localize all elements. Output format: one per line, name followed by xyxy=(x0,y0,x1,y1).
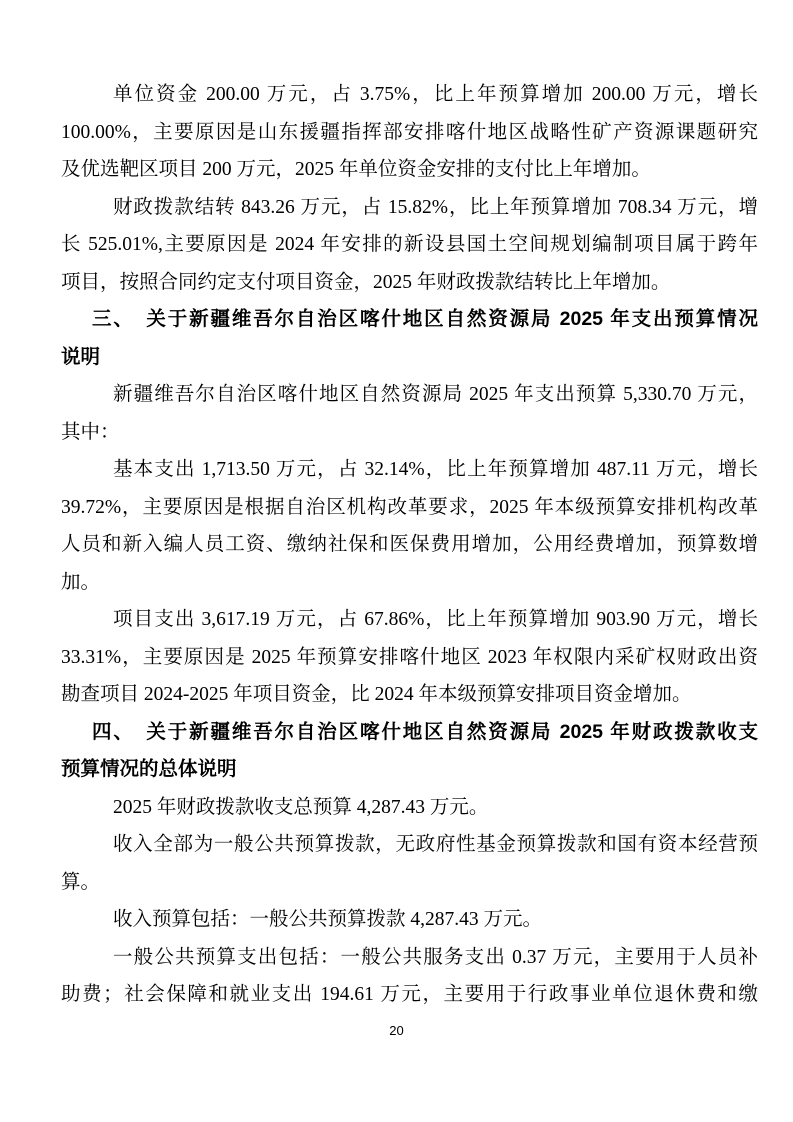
text-line: 及优选靶区项目 200 万元，2025 年单位资金安排的支付比上年增加。 xyxy=(61,151,758,189)
text-line: 助费；社会保障和就业支出 194.61 万元，主要用于行政事业单位退休费和缴 xyxy=(61,976,758,1014)
text-line: 100.00%，主要原因是山东援疆指挥部安排喀什地区战略性矿产资源课题研究 xyxy=(61,114,758,152)
text-line: 勘查项目 2024-2025 年项目资金，比 2024 年本级预算安排项目资金增… xyxy=(61,676,758,714)
text-line: 说明 xyxy=(61,339,758,377)
paragraph: 收入预算包括：一般公共预算拨款 4,287.43 万元。 xyxy=(61,901,758,939)
text-line: 加。 xyxy=(61,564,758,602)
text-line: 2025 年财政拨款收支总预算 4,287.43 万元。 xyxy=(61,789,758,827)
page-number: 20 xyxy=(0,1023,793,1039)
paragraph: 收入全部为一般公共预算拨款，无政府性基金预算拨款和国有资本经营预算。 xyxy=(61,826,758,901)
text-line: 收入全部为一般公共预算拨款，无政府性基金预算拨款和国有资本经营预 xyxy=(61,826,758,864)
text-line: 新疆维吾尔自治区喀什地区自然资源局 2025 年支出预算 5,330.70 万元… xyxy=(61,376,758,414)
text-line: 财政拨款结转 843.26 万元，占 15.82%，比上年预算增加 708.34… xyxy=(61,189,758,227)
text-line: 39.72%，主要原因是根据自治区机构改革要求，2025 年本级预算安排机构改革 xyxy=(61,489,758,527)
paragraph: 2025 年财政拨款收支总预算 4,287.43 万元。 xyxy=(61,789,758,827)
paragraph: 项目支出 3,617.19 万元，占 67.86%，比上年预算增加 903.90… xyxy=(61,601,758,714)
text-line: 四、 关于新疆维吾尔自治区喀什地区自然资源局 2025 年财政拨款收支 xyxy=(61,714,758,752)
text-line: 项目支出 3,617.19 万元，占 67.86%，比上年预算增加 903.90… xyxy=(61,601,758,639)
paragraph: 基本支出 1,713.50 万元，占 32.14%，比上年预算增加 487.11… xyxy=(61,451,758,601)
text-line: 收入预算包括：一般公共预算拨款 4,287.43 万元。 xyxy=(61,901,758,939)
paragraph: 一般公共预算支出包括：一般公共服务支出 0.37 万元，主要用于人员补助费；社会… xyxy=(61,939,758,1014)
paragraph: 单位资金 200.00 万元，占 3.75%，比上年预算增加 200.00 万元… xyxy=(61,76,758,189)
text-line: 单位资金 200.00 万元，占 3.75%，比上年预算增加 200.00 万元… xyxy=(61,76,758,114)
text-line: 基本支出 1,713.50 万元，占 32.14%，比上年预算增加 487.11… xyxy=(61,451,758,489)
text-line: 项目，按照合同约定支付项目资金，2025 年财政拨款结转比上年增加。 xyxy=(61,264,758,302)
document-page: 单位资金 200.00 万元，占 3.75%，比上年预算增加 200.00 万元… xyxy=(0,0,793,1122)
text-line: 三、 关于新疆维吾尔自治区喀什地区自然资源局 2025 年支出预算情况 xyxy=(61,301,758,339)
text-line: 长 525.01%,主要原因是 2024 年安排的新设县国土空间规划编制项目属于… xyxy=(61,226,758,264)
text-line: 预算情况的总体说明 xyxy=(61,751,758,789)
text-line: 一般公共预算支出包括：一般公共服务支出 0.37 万元，主要用于人员补 xyxy=(61,939,758,977)
section-heading: 四、 关于新疆维吾尔自治区喀什地区自然资源局 2025 年财政拨款收支预算情况的… xyxy=(61,714,758,789)
section-heading: 三、 关于新疆维吾尔自治区喀什地区自然资源局 2025 年支出预算情况说明 xyxy=(61,301,758,376)
text-line: 人员和新入编人员工资、缴纳社保和医保费用增加，公用经费增加，预算数增 xyxy=(61,526,758,564)
paragraph: 财政拨款结转 843.26 万元，占 15.82%，比上年预算增加 708.34… xyxy=(61,189,758,302)
text-line: 其中： xyxy=(61,414,758,452)
paragraph: 新疆维吾尔自治区喀什地区自然资源局 2025 年支出预算 5,330.70 万元… xyxy=(61,376,758,451)
document-body: 单位资金 200.00 万元，占 3.75%，比上年预算增加 200.00 万元… xyxy=(61,76,758,1014)
text-line: 33.31%，主要原因是 2025 年预算安排喀什地区 2023 年权限内采矿权… xyxy=(61,639,758,677)
text-line: 算。 xyxy=(61,864,758,902)
